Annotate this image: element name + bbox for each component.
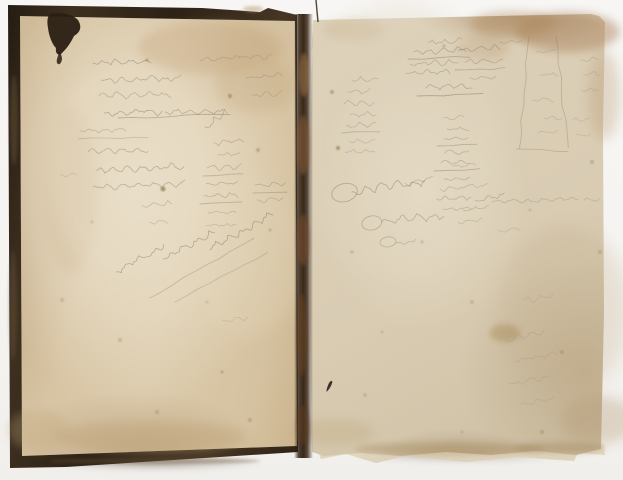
pencil-mark (583, 72, 599, 77)
pencil-mark (208, 210, 236, 214)
pencil-mark (463, 205, 489, 212)
pencil-mark (351, 176, 426, 196)
pencil-mark (414, 47, 466, 56)
pencil-mark (222, 317, 248, 323)
binding-fray (297, 293, 307, 377)
pencil-mark (348, 88, 370, 94)
ink-speck (326, 380, 333, 392)
pencil-mark (536, 50, 556, 53)
pencil-mark (455, 67, 505, 71)
pencil-mark (207, 164, 241, 171)
pencil-mark (410, 59, 458, 66)
pencil-mark (519, 396, 555, 407)
pencil-mark (78, 137, 148, 139)
pencil-mark (206, 223, 236, 227)
pencil-mark (175, 252, 268, 302)
pencil-mark (246, 72, 282, 78)
pencil-mark (465, 58, 503, 64)
pencil-mark (441, 160, 469, 165)
pencil-mark (533, 98, 553, 103)
pencil-mark (93, 180, 185, 191)
pencil-mark (498, 228, 520, 233)
pencil-mark (352, 76, 378, 83)
binding-fray (299, 53, 309, 97)
binding-thread (316, 0, 318, 22)
pencil-mark (99, 90, 171, 100)
pencil-mark (509, 374, 549, 386)
pencil-mark (444, 177, 470, 180)
pencil-mark (426, 83, 472, 90)
pencil-mark (514, 351, 558, 365)
pencil-mark (458, 218, 482, 224)
pencil-mark (200, 55, 240, 62)
pencil-mark (434, 169, 480, 172)
pencil-mark (396, 239, 416, 245)
pencil-mark (203, 174, 243, 176)
pencil-mark (350, 111, 376, 117)
pencil-mark (238, 54, 272, 61)
pencil-mark (349, 138, 375, 143)
pencil-mark (346, 122, 376, 128)
binding-fray (297, 214, 309, 266)
pencil-mark (379, 236, 396, 248)
pencil-mark (165, 108, 227, 115)
pencil-mark (516, 149, 568, 152)
pencil-mark (580, 57, 598, 62)
handwriting-layer (0, 0, 623, 480)
pencil-mark (540, 72, 558, 76)
pencil-mark (538, 131, 558, 134)
pencil-mark (581, 88, 599, 92)
binding-fray (297, 405, 309, 445)
pencil-mark (500, 40, 522, 44)
pencil-mark (505, 328, 545, 343)
pencil-mark (417, 93, 483, 96)
pencil-mark (118, 113, 230, 119)
pencil-mark (142, 200, 172, 208)
pencil-mark (445, 149, 469, 155)
pencil-mark (104, 109, 162, 117)
pencil-mark (252, 91, 282, 98)
pencil-mark (440, 185, 468, 191)
pencil-mark (573, 118, 589, 122)
pencil-mark (200, 202, 242, 204)
pencil-mark (218, 152, 240, 156)
pencil-mark (161, 229, 215, 262)
pencil-mark (80, 128, 126, 133)
pencil-mark (468, 184, 488, 188)
pencil-mark (60, 173, 76, 177)
pencil-mark (452, 163, 476, 168)
pencil-mark (584, 198, 600, 202)
pencil-mark (114, 243, 166, 275)
book-scan (0, 0, 623, 480)
pencil-mark (342, 131, 380, 133)
pencil-mark (88, 147, 148, 155)
pencil-mark (470, 76, 496, 80)
pencil-mark (208, 210, 274, 253)
pencil-mark (544, 116, 562, 121)
pencil-mark (518, 36, 530, 149)
pencil-mark (204, 192, 238, 198)
pencil-mark (96, 162, 184, 173)
pencil-mark (444, 137, 468, 140)
pencil-mark (437, 144, 477, 146)
ink-blob (47, 13, 80, 54)
pencil-mark (447, 127, 469, 132)
binding-fray (297, 115, 309, 175)
pencil-mark (150, 220, 168, 224)
pencil-mark (255, 182, 285, 187)
pencil-mark (214, 139, 244, 147)
pencil-mark (428, 38, 462, 45)
pencil-mark (524, 294, 554, 304)
pencil-mark (361, 214, 383, 232)
pencil-mark (345, 149, 375, 154)
pencil-mark (344, 99, 374, 107)
pencil-mark (253, 192, 287, 193)
pencil-mark (101, 75, 181, 84)
pencil-mark (576, 134, 590, 137)
pencil-mark (257, 197, 283, 202)
pencil-mark (381, 211, 444, 227)
pencil-mark (492, 197, 578, 204)
pencil-mark (437, 195, 471, 201)
pencil-mark (206, 181, 238, 185)
pencil-mark (93, 58, 151, 66)
pencil-mark (444, 115, 464, 120)
pencil-mark (408, 56, 470, 60)
pencil-mark (406, 68, 450, 75)
pencil-mark (458, 44, 500, 52)
